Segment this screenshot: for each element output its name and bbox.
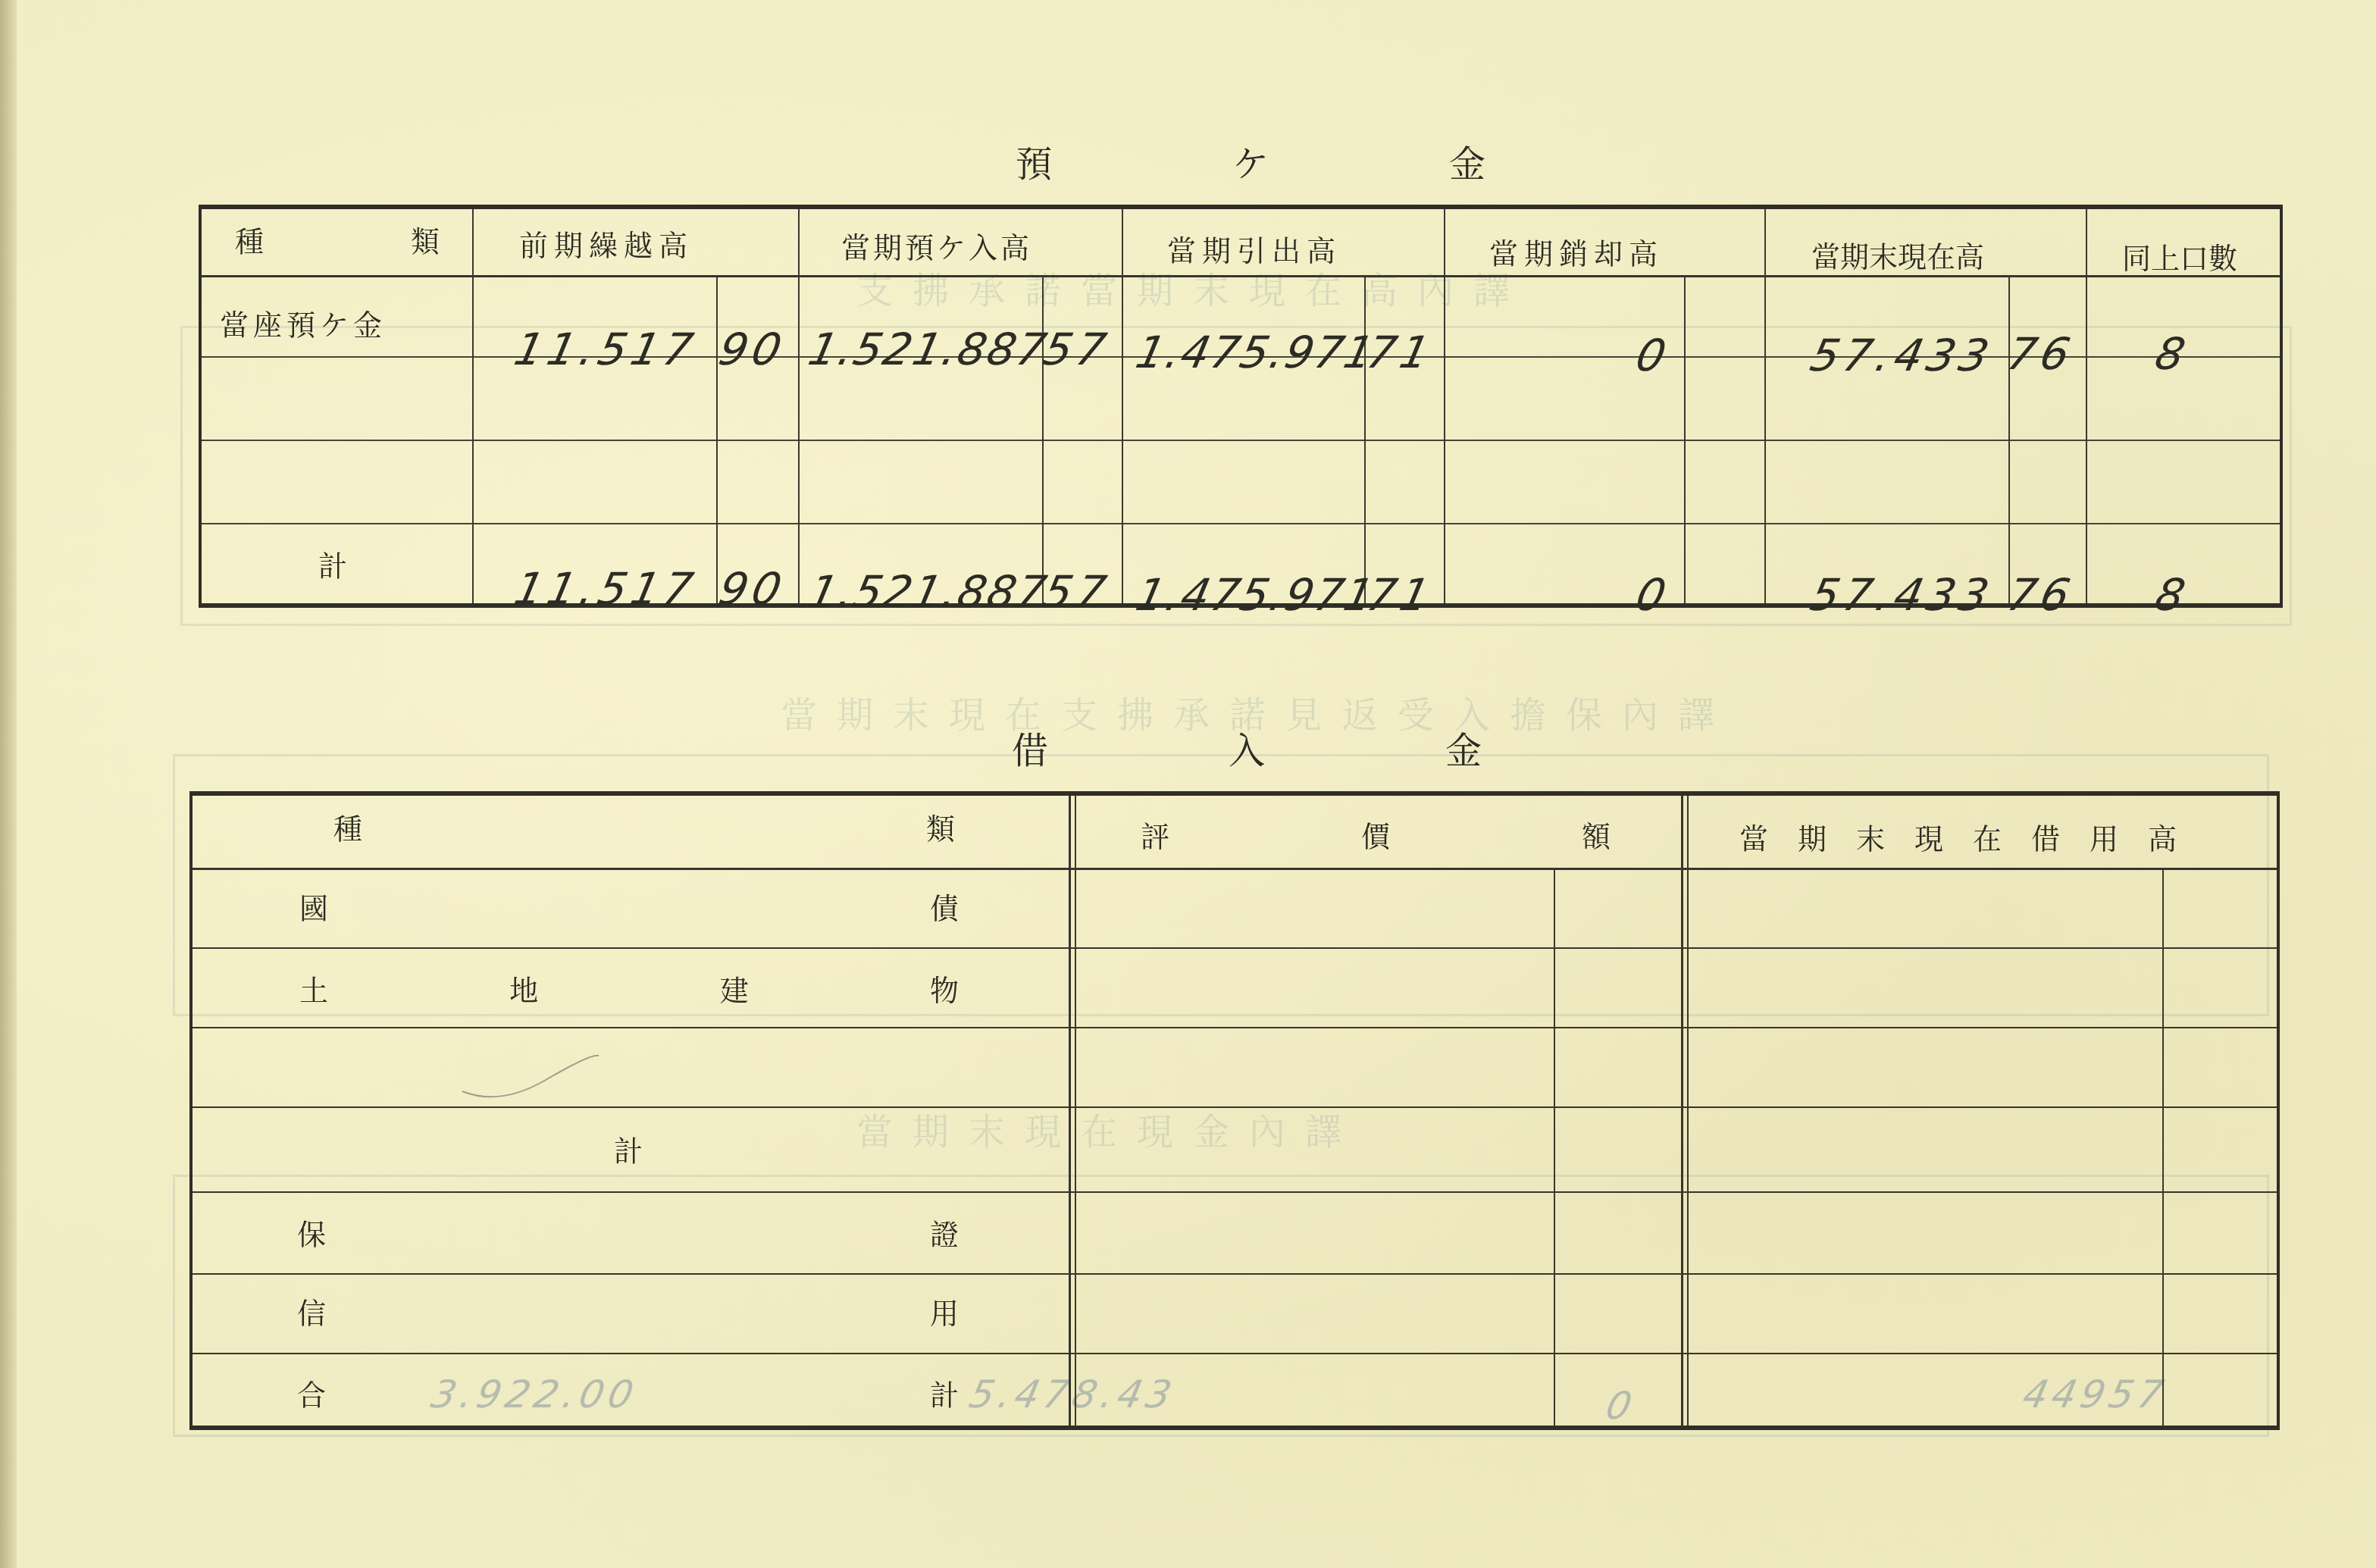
row-label-land-buildings: 土 地 建 物 <box>299 976 959 1005</box>
column-divider <box>1122 209 1123 603</box>
row-divider <box>193 1191 2277 1193</box>
column-divider <box>472 209 474 603</box>
row-divider <box>193 1106 2277 1108</box>
row-label-subtotal: 計 <box>614 1137 643 1166</box>
column-divider <box>1687 796 1689 1426</box>
cell-deposited-yen: 1.521.887 <box>805 327 1052 371</box>
row-divider <box>193 1273 2277 1275</box>
total-deposited-yen: 1.521.887 <box>805 570 1052 614</box>
sen-divider <box>2162 869 2164 1426</box>
borrowings-table <box>189 791 2280 1430</box>
header-divider <box>193 868 2277 870</box>
borrowings-title: 借 入 金 <box>1012 721 1482 774</box>
header-char: 類 <box>411 227 440 256</box>
total-withdrawn-sen: 71 <box>1363 573 1438 617</box>
row-type-label: 當座預ケ金 <box>220 311 387 340</box>
header-withdrawn: 當期引出高 <box>1167 236 1341 265</box>
column-divider <box>1764 209 1766 603</box>
sen-divider <box>1684 277 1686 603</box>
label-char: 合 <box>297 1381 326 1410</box>
total-end-balance-yen: 57.433 <box>1807 573 1997 617</box>
label-char: 保 <box>297 1220 326 1249</box>
header-valuation: 評 價 額 <box>1141 822 1611 851</box>
row-divider <box>202 523 2280 524</box>
row-divider <box>193 1353 2277 1354</box>
header-char: 類 <box>926 815 955 843</box>
header-char: 種 <box>235 227 264 256</box>
header-divider <box>202 275 2280 277</box>
row-label-credit: 信 用 <box>297 1299 959 1328</box>
total-carried-forward-yen: 11.517 <box>511 567 701 611</box>
cell-end-balance-yen: 57.433 <box>1807 333 1997 377</box>
sen-divider <box>2008 277 2010 603</box>
cell-carried-forward-yen: 11.517 <box>511 327 701 371</box>
row-divider <box>202 440 2280 441</box>
cell-deposited-sen: 57 <box>1040 327 1114 371</box>
label-char: 計 <box>930 1381 959 1410</box>
column-divider <box>2086 209 2087 603</box>
sen-divider <box>1554 869 1555 1426</box>
header-written-off: 當期銷却高 <box>1489 239 1664 268</box>
title-char: 金 <box>1449 135 1485 187</box>
cell-end-balance-sen: 76 <box>2004 332 2078 376</box>
total-end-balance-sen: 76 <box>2004 573 2078 617</box>
header-accounts: 同上口數 <box>2122 244 2237 273</box>
page-binding-edge <box>0 0 17 1568</box>
title-char: ケ <box>1232 135 1269 187</box>
header-char: 額 <box>1582 822 1611 851</box>
sen-divider <box>716 277 718 603</box>
row-label-guarantee: 保 證 <box>297 1220 959 1249</box>
deposits-title: 預 ケ 金 <box>1016 135 1485 187</box>
title-char: 預 <box>1016 135 1052 187</box>
row-divider <box>193 947 2277 949</box>
title-char: 金 <box>1445 721 1482 774</box>
header-end-balance: 當期末現在高 <box>1811 243 1984 271</box>
header-char: 種 <box>333 815 362 843</box>
label-char: 用 <box>930 1299 959 1328</box>
column-divider <box>1069 796 1071 1426</box>
row-divider <box>193 1027 2277 1028</box>
title-char: 入 <box>1229 721 1265 774</box>
label-char: 國 <box>299 894 328 923</box>
row-label-government-bonds: 國 債 <box>299 894 959 923</box>
label-char: 建 <box>720 976 749 1005</box>
header-type: 種 類 <box>235 227 440 256</box>
column-divider <box>1681 796 1683 1426</box>
header-outstanding: 當期末現在借用高 <box>1739 825 2206 853</box>
total-withdrawn-yen: 1.475.971 <box>1132 573 1379 617</box>
column-divider <box>798 209 800 603</box>
pencil-mark <box>455 1050 606 1103</box>
label-char: 地 <box>509 976 538 1005</box>
row-label-grand-total: 合 計 <box>297 1381 959 1410</box>
label-char: 債 <box>930 894 959 923</box>
total-deposited-sen: 57 <box>1040 570 1114 614</box>
column-divider <box>1075 796 1076 1426</box>
cell-withdrawn-yen: 1.475.971 <box>1132 330 1379 374</box>
sen-divider <box>1364 277 1366 603</box>
total-label: 計 <box>318 552 347 581</box>
title-char: 借 <box>1012 721 1048 774</box>
label-char: 證 <box>930 1220 959 1249</box>
total-carried-forward-sen: 90 <box>715 567 790 611</box>
header-char: 評 <box>1141 822 1169 851</box>
cell-carried-forward-sen: 90 <box>715 327 790 371</box>
label-char: 土 <box>299 976 328 1005</box>
header-char: 價 <box>1361 822 1390 851</box>
label-char: 信 <box>297 1299 326 1328</box>
cell-withdrawn-sen: 71 <box>1363 330 1438 374</box>
header-deposited: 當期預ケ入高 <box>841 233 1032 262</box>
header-type: 種 類 <box>333 815 955 843</box>
header-carried-forward: 前期繰越高 <box>519 231 693 260</box>
bleed-through-heading <box>773 135 804 177</box>
label-char: 物 <box>930 976 959 1005</box>
column-divider <box>1444 209 1445 603</box>
